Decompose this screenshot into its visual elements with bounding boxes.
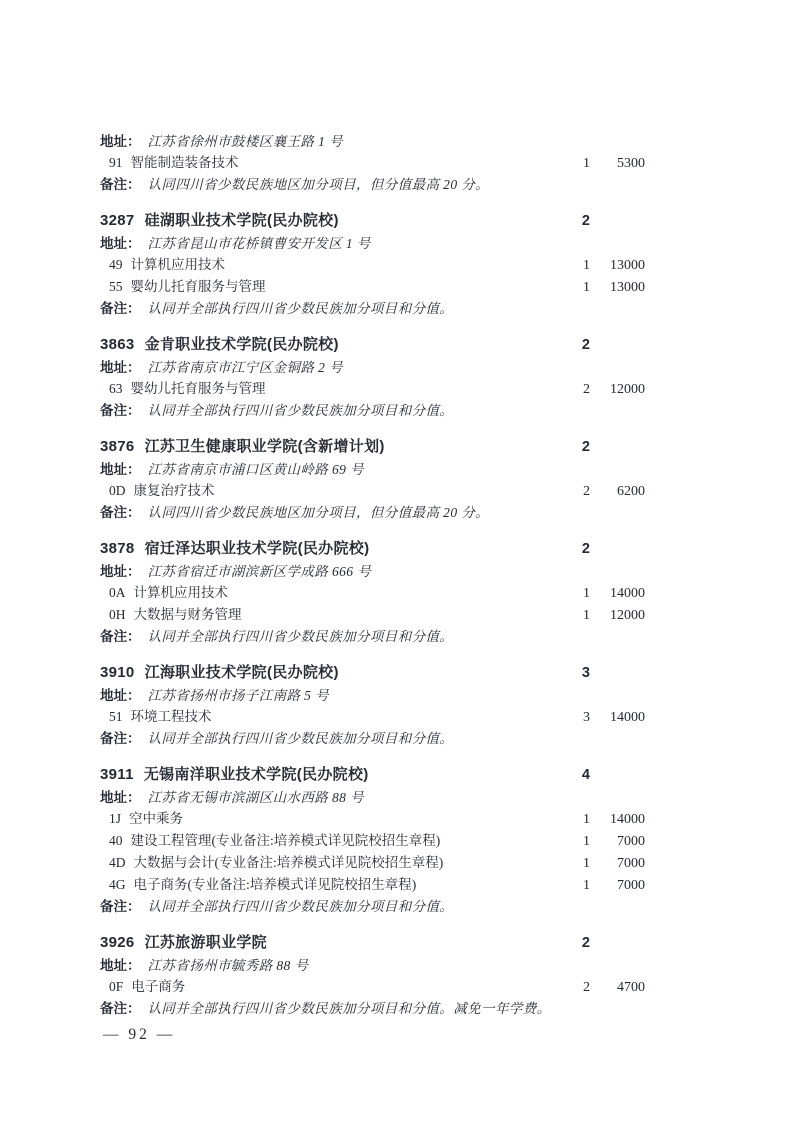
major-name: 电子商务(专业备注:培养模式详见院校招生章程) xyxy=(134,874,561,895)
major-name: 计算机应用技术 xyxy=(131,254,561,275)
major-plan-count: 2 xyxy=(560,481,590,502)
note-line: 备注：认同并全部执行四川省少数民族加分项目和分值。 xyxy=(100,728,645,749)
major-fee: 14000 xyxy=(590,707,645,728)
major-name: 康复治疗技术 xyxy=(134,480,561,501)
college-header: 3863金肯职业技术学院(民办院校) 2 xyxy=(100,334,645,356)
note-label: 备注： xyxy=(100,626,141,647)
major-list: 1J 空中乘务 1 14000 40 建设工程管理(专业备注:培养模式详见院校招… xyxy=(100,808,645,896)
note-line: 备注：认同并全部执行四川省少数民族加分项目和分值。 xyxy=(100,896,645,917)
address-line: 地址：江苏省徐州市鼓楼区襄王路 1 号 xyxy=(100,131,645,152)
note-line: 备注：认同四川省少数民族地区加分项目，但分值最高 20 分。 xyxy=(100,174,645,195)
address-label: 地址： xyxy=(100,685,141,706)
address-text: 江苏省无锡市滨湖区山水西路 88 号 xyxy=(148,787,364,808)
note-text: 认同并全部执行四川省少数民族加分项目和分值。 xyxy=(148,896,454,917)
address-text: 江苏省南京市江宁区金铜路 2 号 xyxy=(148,357,343,378)
note-label: 备注： xyxy=(100,998,141,1019)
major-fee: 7000 xyxy=(590,853,645,874)
college-name: 宿迁泽达职业技术学院(民办院校) xyxy=(145,540,370,557)
major-code: 0F xyxy=(109,976,123,997)
college-plan-total: 4 xyxy=(560,764,590,786)
note-line: 备注：认同四川省少数民族地区加分项目，但分值最高 20 分。 xyxy=(100,502,645,523)
major-row: 40 建设工程管理(专业备注:培养模式详见院校招生章程) 1 7000 xyxy=(100,830,645,852)
college-name: 无锡南洋职业技术学院(民办院校) xyxy=(144,766,369,783)
college-name: 金肯职业技术学院(民办院校) xyxy=(145,336,339,353)
major-row: 4G 电子商务(专业备注:培养模式详见院校招生章程) 1 7000 xyxy=(100,874,645,896)
major-name: 大数据与财务管理 xyxy=(134,604,561,625)
note-text: 认同四川省少数民族地区加分项目，但分值最高 20 分。 xyxy=(148,174,490,195)
address-text: 江苏省宿迁市湖滨新区学成路 666 号 xyxy=(148,561,372,582)
college-block: 3926江苏旅游职业学院 2 地址：江苏省扬州市毓秀路 88 号 0F 电子商务… xyxy=(100,932,645,1019)
college-plan-total: 2 xyxy=(560,932,590,954)
major-plan-count: 2 xyxy=(560,379,590,400)
college-name: 江苏卫生健康职业学院(含新增计划) xyxy=(145,438,385,455)
note-text: 认同四川省少数民族地区加分项目，但分值最高 20 分。 xyxy=(148,502,490,523)
major-list: 49 计算机应用技术 1 13000 55 婴幼儿托育服务与管理 1 13000 xyxy=(100,254,645,298)
college-plan-total: 2 xyxy=(560,334,590,356)
address-text: 江苏省扬州市扬子江南路 5 号 xyxy=(148,685,330,706)
note-label: 备注： xyxy=(100,400,141,421)
college-name: 江海职业技术学院(民办院校) xyxy=(145,664,339,681)
major-code: 4D xyxy=(109,852,126,873)
college-code: 3911 xyxy=(100,766,134,783)
major-fee: 7000 xyxy=(590,875,645,896)
college-title: 3878宿迁泽达职业技术学院(民办院校) xyxy=(100,538,560,560)
college-title: 3876江苏卫生健康职业学院(含新增计划) xyxy=(100,436,560,458)
note-text: 认同并全部执行四川省少数民族加分项目和分值。 xyxy=(148,626,454,647)
major-fee: 5300 xyxy=(590,153,645,174)
address-text: 江苏省南京市浦口区黄山岭路 69 号 xyxy=(148,459,364,480)
address-label: 地址： xyxy=(100,233,141,254)
major-code: 63 xyxy=(109,378,123,399)
address-label: 地址： xyxy=(100,787,141,808)
major-row: 63 婴幼儿托育服务与管理 2 12000 xyxy=(100,378,645,400)
address-line: 地址：江苏省扬州市扬子江南路 5 号 xyxy=(100,685,645,706)
page-number: — 92 — xyxy=(103,1026,175,1044)
college-code: 3876 xyxy=(100,438,135,455)
major-list: 0D 康复治疗技术 2 6200 xyxy=(100,480,645,502)
major-fee: 4700 xyxy=(590,977,645,998)
college-code: 3878 xyxy=(100,540,135,557)
note-text: 认同并全部执行四川省少数民族加分项目和分值。 xyxy=(148,298,454,319)
major-plan-count: 1 xyxy=(560,277,590,298)
major-list: 63 婴幼儿托育服务与管理 2 12000 xyxy=(100,378,645,400)
note-text: 认同并全部执行四川省少数民族加分项目和分值。减免一年学费。 xyxy=(148,998,551,1019)
major-row: 91 智能制造装备技术 1 5300 xyxy=(100,152,645,174)
major-plan-count: 3 xyxy=(560,707,590,728)
major-name: 大数据与会计(专业备注:培养模式详见院校招生章程) xyxy=(134,852,561,873)
major-code: 0A xyxy=(109,582,126,603)
major-plan-count: 1 xyxy=(560,875,590,896)
major-plan-count: 1 xyxy=(560,153,590,174)
major-name: 婴幼儿托育服务与管理 xyxy=(131,378,561,399)
college-title: 3926江苏旅游职业学院 xyxy=(100,932,560,954)
address-text: 江苏省扬州市毓秀路 88 号 xyxy=(148,955,309,976)
note-line: 备注：认同并全部执行四川省少数民族加分项目和分值。 xyxy=(100,298,645,319)
address-line: 地址：江苏省南京市江宁区金铜路 2 号 xyxy=(100,357,645,378)
major-row: 0D 康复治疗技术 2 6200 xyxy=(100,480,645,502)
major-plan-count: 2 xyxy=(560,977,590,998)
address-line: 地址：江苏省南京市浦口区黄山岭路 69 号 xyxy=(100,459,645,480)
major-name: 环境工程技术 xyxy=(131,706,561,727)
college-code: 3287 xyxy=(100,212,135,229)
college-plan-total: 3 xyxy=(560,662,590,684)
note-text: 认同并全部执行四川省少数民族加分项目和分值。 xyxy=(148,400,454,421)
college-title: 3910江海职业技术学院(民办院校) xyxy=(100,662,560,684)
college-block: 3878宿迁泽达职业技术学院(民办院校) 2 地址：江苏省宿迁市湖滨新区学成路 … xyxy=(100,538,645,647)
major-row: 55 婴幼儿托育服务与管理 1 13000 xyxy=(100,276,645,298)
major-list: 0F 电子商务 2 4700 xyxy=(100,976,645,998)
college-header: 3287硅湖职业技术学院(民办院校) 2 xyxy=(100,210,645,232)
college-title: 3911无锡南洋职业技术学院(民办院校) xyxy=(100,764,560,786)
major-fee: 6200 xyxy=(590,481,645,502)
major-name: 计算机应用技术 xyxy=(134,582,561,603)
college-block: 3287硅湖职业技术学院(民办院校) 2 地址：江苏省昆山市花桥镇曹安开发区 1… xyxy=(100,210,645,319)
college-code: 3910 xyxy=(100,664,135,681)
major-list: 91 智能制造装备技术 1 5300 xyxy=(100,152,645,174)
address-label: 地址： xyxy=(100,459,141,480)
college-title: 3287硅湖职业技术学院(民办院校) xyxy=(100,210,560,232)
major-code: 55 xyxy=(109,276,123,297)
note-label: 备注： xyxy=(100,174,141,195)
major-row: 49 计算机应用技术 1 13000 xyxy=(100,254,645,276)
major-fee: 12000 xyxy=(590,379,645,400)
major-code: 91 xyxy=(109,152,123,173)
major-code: 51 xyxy=(109,706,123,727)
major-plan-count: 1 xyxy=(560,831,590,852)
major-plan-count: 1 xyxy=(560,809,590,830)
major-code: 0D xyxy=(109,480,126,501)
college-name: 江苏旅游职业学院 xyxy=(145,934,267,951)
address-label: 地址： xyxy=(100,357,141,378)
major-row: 0A 计算机应用技术 1 14000 xyxy=(100,582,645,604)
major-list: 51 环境工程技术 3 14000 xyxy=(100,706,645,728)
note-text: 认同并全部执行四川省少数民族加分项目和分值。 xyxy=(148,728,454,749)
document-page: 地址：江苏省徐州市鼓楼区襄王路 1 号 91 智能制造装备技术 1 5300 备… xyxy=(0,0,794,1123)
college-code: 3926 xyxy=(100,934,135,951)
note-label: 备注： xyxy=(100,502,141,523)
note-line: 备注：认同并全部执行四川省少数民族加分项目和分值。 xyxy=(100,626,645,647)
address-label: 地址： xyxy=(100,131,141,152)
college-list: 地址：江苏省徐州市鼓楼区襄王路 1 号 91 智能制造装备技术 1 5300 备… xyxy=(100,131,645,1019)
major-fee: 12000 xyxy=(590,605,645,626)
note-label: 备注： xyxy=(100,298,141,319)
major-fee: 14000 xyxy=(590,809,645,830)
major-fee: 13000 xyxy=(590,277,645,298)
major-name: 空中乘务 xyxy=(129,808,560,829)
major-plan-count: 1 xyxy=(560,583,590,604)
college-block: 3911无锡南洋职业技术学院(民办院校) 4 地址：江苏省无锡市滨湖区山水西路 … xyxy=(100,764,645,917)
note-label: 备注： xyxy=(100,896,141,917)
major-fee: 7000 xyxy=(590,831,645,852)
major-row: 4D 大数据与会计(专业备注:培养模式详见院校招生章程) 1 7000 xyxy=(100,852,645,874)
address-text: 江苏省徐州市鼓楼区襄王路 1 号 xyxy=(148,131,343,152)
college-name: 硅湖职业技术学院(民办院校) xyxy=(145,212,339,229)
address-text: 江苏省昆山市花桥镇曹安开发区 1 号 xyxy=(148,233,371,254)
major-code: 0H xyxy=(109,604,126,625)
college-block: 3876江苏卫生健康职业学院(含新增计划) 2 地址：江苏省南京市浦口区黄山岭路… xyxy=(100,436,645,523)
major-name: 智能制造装备技术 xyxy=(131,152,561,173)
college-plan-total: 2 xyxy=(560,538,590,560)
college-header: 3910江海职业技术学院(民办院校) 3 xyxy=(100,662,645,684)
address-line: 地址：江苏省扬州市毓秀路 88 号 xyxy=(100,955,645,976)
major-code: 4G xyxy=(109,874,126,895)
major-plan-count: 1 xyxy=(560,255,590,276)
major-row: 51 环境工程技术 3 14000 xyxy=(100,706,645,728)
college-code: 3863 xyxy=(100,336,135,353)
major-row: 0H 大数据与财务管理 1 12000 xyxy=(100,604,645,626)
major-plan-count: 1 xyxy=(560,853,590,874)
address-label: 地址： xyxy=(100,561,141,582)
college-header: 3878宿迁泽达职业技术学院(民办院校) 2 xyxy=(100,538,645,560)
college-block: 地址：江苏省徐州市鼓楼区襄王路 1 号 91 智能制造装备技术 1 5300 备… xyxy=(100,131,645,195)
college-plan-total: 2 xyxy=(560,436,590,458)
college-block: 3863金肯职业技术学院(民办院校) 2 地址：江苏省南京市江宁区金铜路 2 号… xyxy=(100,334,645,421)
college-title: 3863金肯职业技术学院(民办院校) xyxy=(100,334,560,356)
address-line: 地址：江苏省宿迁市湖滨新区学成路 666 号 xyxy=(100,561,645,582)
major-code: 40 xyxy=(109,830,123,851)
address-line: 地址：江苏省昆山市花桥镇曹安开发区 1 号 xyxy=(100,233,645,254)
note-line: 备注：认同并全部执行四川省少数民族加分项目和分值。减免一年学费。 xyxy=(100,998,645,1019)
major-code: 49 xyxy=(109,254,123,275)
note-line: 备注：认同并全部执行四川省少数民族加分项目和分值。 xyxy=(100,400,645,421)
major-plan-count: 1 xyxy=(560,605,590,626)
major-code: 1J xyxy=(109,808,121,829)
major-name: 电子商务 xyxy=(131,976,560,997)
major-fee: 13000 xyxy=(590,255,645,276)
major-list: 0A 计算机应用技术 1 14000 0H 大数据与财务管理 1 12000 xyxy=(100,582,645,626)
major-fee: 14000 xyxy=(590,583,645,604)
major-name: 建设工程管理(专业备注:培养模式详见院校招生章程) xyxy=(131,830,561,851)
address-line: 地址：江苏省无锡市滨湖区山水西路 88 号 xyxy=(100,787,645,808)
major-row: 1J 空中乘务 1 14000 xyxy=(100,808,645,830)
major-row: 0F 电子商务 2 4700 xyxy=(100,976,645,998)
college-header: 3911无锡南洋职业技术学院(民办院校) 4 xyxy=(100,764,645,786)
college-block: 3910江海职业技术学院(民办院校) 3 地址：江苏省扬州市扬子江南路 5 号 … xyxy=(100,662,645,749)
address-label: 地址： xyxy=(100,955,141,976)
college-header: 3926江苏旅游职业学院 2 xyxy=(100,932,645,954)
major-name: 婴幼儿托育服务与管理 xyxy=(131,276,561,297)
note-label: 备注： xyxy=(100,728,141,749)
college-header: 3876江苏卫生健康职业学院(含新增计划) 2 xyxy=(100,436,645,458)
college-plan-total: 2 xyxy=(560,210,590,232)
